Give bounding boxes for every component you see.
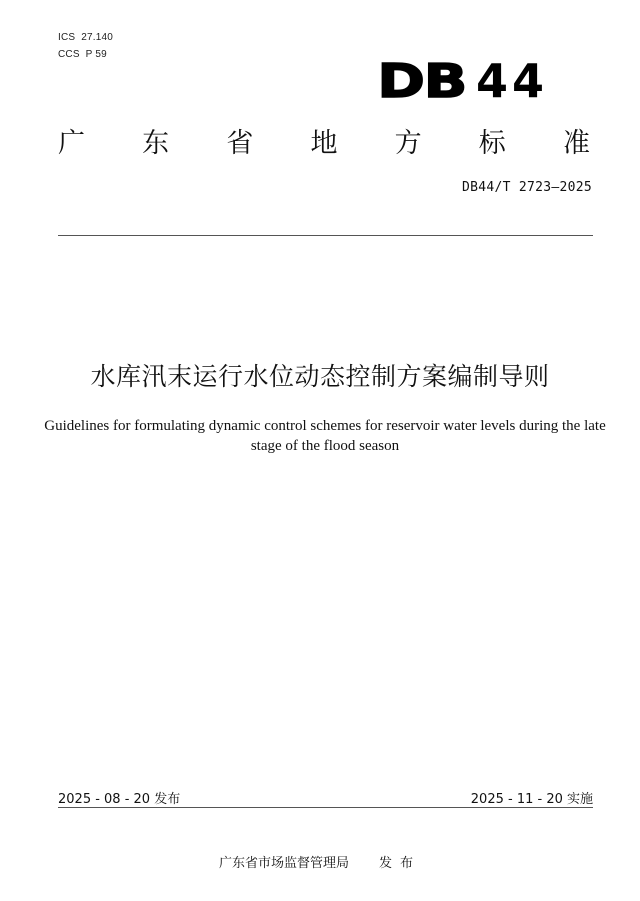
issue-date: 2025 - 08 - 20 发布 [58, 788, 180, 807]
standard-number: DB44/T 2723—2025 [462, 180, 592, 195]
standard-type-char: 广 [58, 126, 85, 162]
publisher-name: 广东省市场监督管理局 [219, 856, 349, 871]
publish-action: 发布 [379, 856, 421, 871]
standard-type-char: 地 [310, 126, 337, 162]
standard-type-char: 省 [226, 126, 253, 162]
standard-type-char: 标 [479, 126, 506, 162]
standard-type-char: 准 [563, 126, 590, 162]
implementation-date: 2025 - 11 - 20 实施 [471, 788, 593, 807]
document-title-chinese: 水库汛末运行水位动态控制方案编制导则 [0, 360, 640, 394]
standard-type-char: 方 [395, 126, 422, 162]
publisher-line: 广东省市场监督管理局发布 [0, 852, 640, 871]
ccs-code: CCS P 59 [58, 49, 107, 60]
header-divider [58, 235, 593, 236]
ics-code: ICS 27.140 [58, 32, 113, 43]
db-logo: DB 44 [395, 56, 548, 104]
db-logo-letters: DB [377, 58, 466, 104]
standard-type-char: 东 [142, 126, 169, 162]
standard-type-heading: 广 东 省 地 方 标 准 [58, 126, 590, 162]
document-title-english: Guidelines for formulating dynamic contr… [40, 416, 610, 456]
footer-divider [58, 807, 593, 808]
db-logo-number: 44 [476, 58, 548, 104]
